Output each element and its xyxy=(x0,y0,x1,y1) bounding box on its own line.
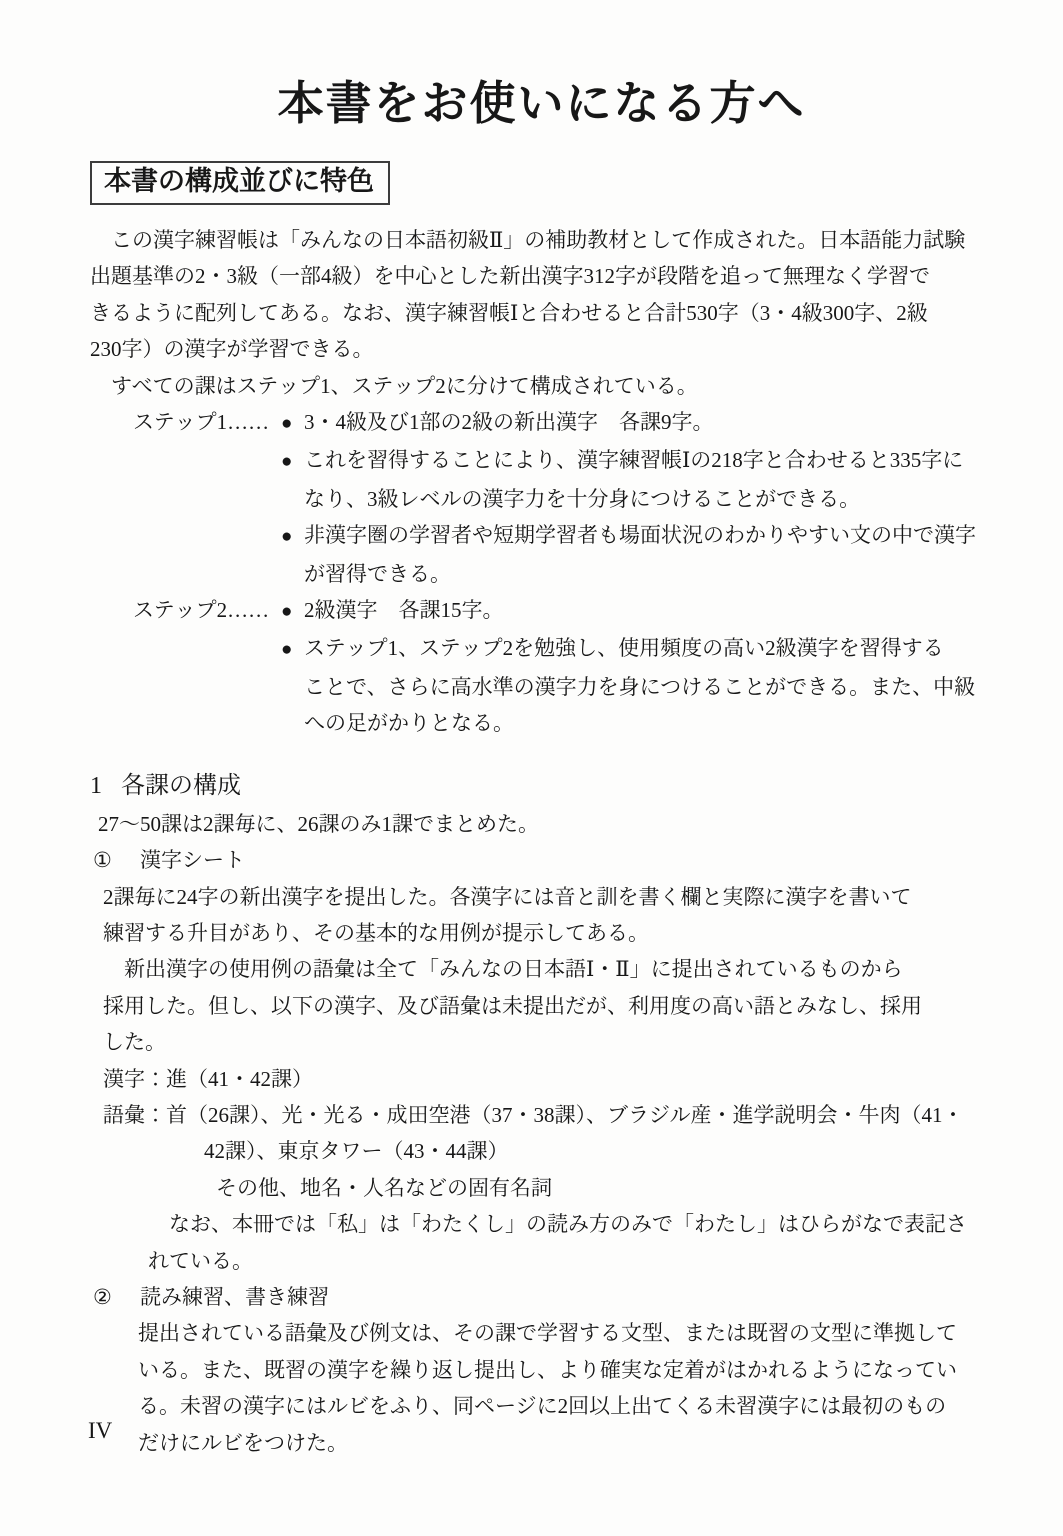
list-item-text: ことで、さらに高水準の漢字力を身につけることができる。また、中級 xyxy=(304,669,993,705)
bullet-icon: ● xyxy=(281,632,304,668)
list-item: ●3・4級及び1部の2級の新出漢字 各課9字。 xyxy=(281,404,993,442)
list-item: ●ステップ1、ステップ2を勉強し、使用頻度の高い2級漢字を習得する ことで、さら… xyxy=(281,630,993,741)
paragraph-line: 練習する升目があり、その基本的な用例が提示してある。 xyxy=(103,915,993,951)
item-2-heading: ②読み練習、書き練習 xyxy=(93,1279,993,1315)
section-heading-label: 本書の構成並びに特色 xyxy=(104,166,374,196)
vocab-example-line: 語彙：首（26課）、光・光る・成田空港（37・38課）、ブラジル産・進学説明会・… xyxy=(103,1097,993,1133)
list-item-text: ステップ1、ステップ2を勉強し、使用頻度の高い2級漢字を習得する xyxy=(304,636,944,660)
paragraph-line: 提出されている語彙及び例文は、その課で学習する文型、または既習の文型に準拠して xyxy=(138,1315,993,1351)
step1-row: ステップ1…… ●3・4級及び1部の2級の新出漢字 各課9字。 ●これを習得する… xyxy=(133,404,993,592)
list-item-text: 3・4級及び1部の2級の新出漢字 各課9字。 xyxy=(304,410,714,434)
intro-line: この漢字練習帳は「みんなの日本語初級Ⅱ」の補助教材として作成された。日本語能力試… xyxy=(90,222,993,258)
bullet-icon: ● xyxy=(281,444,304,480)
item-1-title: 漢字シート xyxy=(140,842,245,878)
list-item-text: が習得できる。 xyxy=(304,556,993,592)
paragraph-line: 採用した。但し、以下の漢字、及び語彙は未提出だが、利用度の高い語とみなし、採用 xyxy=(103,988,993,1024)
list-item: ●2級漢字 各課15字。 xyxy=(281,592,993,630)
vocab-example-line: その他、地名・人名などの固有名詞 xyxy=(103,1170,993,1206)
paragraph-line: れている。 xyxy=(148,1243,993,1279)
circled-1-number: ① xyxy=(93,842,140,878)
item-2-body: 提出されている語彙及び例文は、その課で学習する文型、または既習の文型に準拠して … xyxy=(138,1315,993,1461)
page-title: 本書をお使いになる方へ xyxy=(90,76,993,131)
paragraph-line: 新出漢字の使用例の語彙は全て「みんなの日本語Ⅰ・Ⅱ」に提出されているものから xyxy=(103,951,993,987)
intro-line: きるように配列してある。なお、漢字練習帳Ⅰと合わせると合計530字（3・4級30… xyxy=(90,295,993,331)
paragraph-line: した。 xyxy=(103,1024,993,1060)
vocab-example-line: 42課）、東京タワー（43・44課） xyxy=(103,1133,993,1169)
list-item-text: への足がかりとなる。 xyxy=(304,705,993,741)
list-item-text: これを習得することにより、漢字練習帳Ⅰの218字と合わせると335字に xyxy=(304,448,963,472)
paragraph-line: いる。また、既習の漢字を繰り返し提出し、より確実な定着がはかれるようになってい xyxy=(138,1352,993,1388)
paragraph-line: 2課毎に24字の新出漢字を提出した。各漢字には音と訓を書く欄と実際に漢字を書いて xyxy=(103,879,993,915)
step2-row: ステップ2…… ●2級漢字 各課15字。 ●ステップ1、ステップ2を勉強し、使用… xyxy=(133,592,993,742)
section-1-heading: 1各課の構成 xyxy=(90,766,993,806)
item-1-body: 2課毎に24字の新出漢字を提出した。各漢字には音と訓を書く欄と実際に漢字を書いて… xyxy=(103,879,993,1279)
section-1-number: 1 xyxy=(90,766,121,806)
paragraph-line: る。未習の漢字にはルビをふり、同ページに2回以上出てくる未習漢字には最初のもの xyxy=(138,1388,993,1424)
intro-line: 出題基準の2・3級（一部4級）を中心とした新出漢字312字が段階を追って無理なく… xyxy=(90,258,993,294)
section-heading-box: 本書の構成並びに特色 xyxy=(90,161,390,205)
list-item-text: 非漢字圏の学習者や短期学習者も場面状況のわかりやすい文の中で漢字 xyxy=(304,523,976,547)
bullet-icon: ● xyxy=(281,406,304,442)
section-1-intro-line: 27～50課は2課毎に、26課のみ1課でまとめた。 xyxy=(98,806,993,842)
section-1-title: 各課の構成 xyxy=(121,773,241,799)
body-text: この漢字練習帳は「みんなの日本語初級Ⅱ」の補助教材として作成された。日本語能力試… xyxy=(90,222,993,1461)
kanji-example-line: 漢字：進（41・42課） xyxy=(103,1061,993,1097)
list-item-text: 2級漢字 各課15字。 xyxy=(304,598,504,622)
note-paragraph: なお、本冊では「私」は「わたくし」の読み方のみで「わたし」はひらがなで表記さ れ… xyxy=(148,1206,993,1279)
step2-label: ステップ2…… xyxy=(133,592,281,742)
step1-items: ●3・4級及び1部の2級の新出漢字 各課9字。 ●これを習得することにより、漢字… xyxy=(281,404,993,592)
bullet-icon: ● xyxy=(281,519,304,555)
step2-items: ●2級漢字 各課15字。 ●ステップ1、ステップ2を勉強し、使用頻度の高い2級漢… xyxy=(281,592,993,742)
steps-intro-line: すべての課はステップ1、ステップ2に分けて構成されている。 xyxy=(90,368,993,404)
list-item: ●非漢字圏の学習者や短期学習者も場面状況のわかりやすい文の中で漢字 が習得できる… xyxy=(281,517,993,592)
list-item-text: なり、3級レベルの漢字力を十分身につけることができる。 xyxy=(304,481,993,517)
document-page: 本書をお使いになる方へ 本書の構成並びに特色 この漢字練習帳は「みんなの日本語初… xyxy=(0,0,1063,1536)
intro-line: 230字）の漢字が学習できる。 xyxy=(90,331,993,367)
item-2-title: 読み練習、書き練習 xyxy=(140,1279,329,1315)
step1-label: ステップ1…… xyxy=(133,404,281,592)
page-number: IV xyxy=(88,1416,112,1446)
paragraph-line: なお、本冊では「私」は「わたくし」の読み方のみで「わたし」はひらがなで表記さ xyxy=(148,1206,993,1242)
bullet-icon: ● xyxy=(281,594,304,630)
circled-2-number: ② xyxy=(93,1279,140,1315)
item-1-heading: ①漢字シート xyxy=(93,842,993,878)
paragraph-line: だけにルビをつけた。 xyxy=(138,1425,993,1461)
list-item: ●これを習得することにより、漢字練習帳Ⅰの218字と合わせると335字に なり、… xyxy=(281,442,993,517)
